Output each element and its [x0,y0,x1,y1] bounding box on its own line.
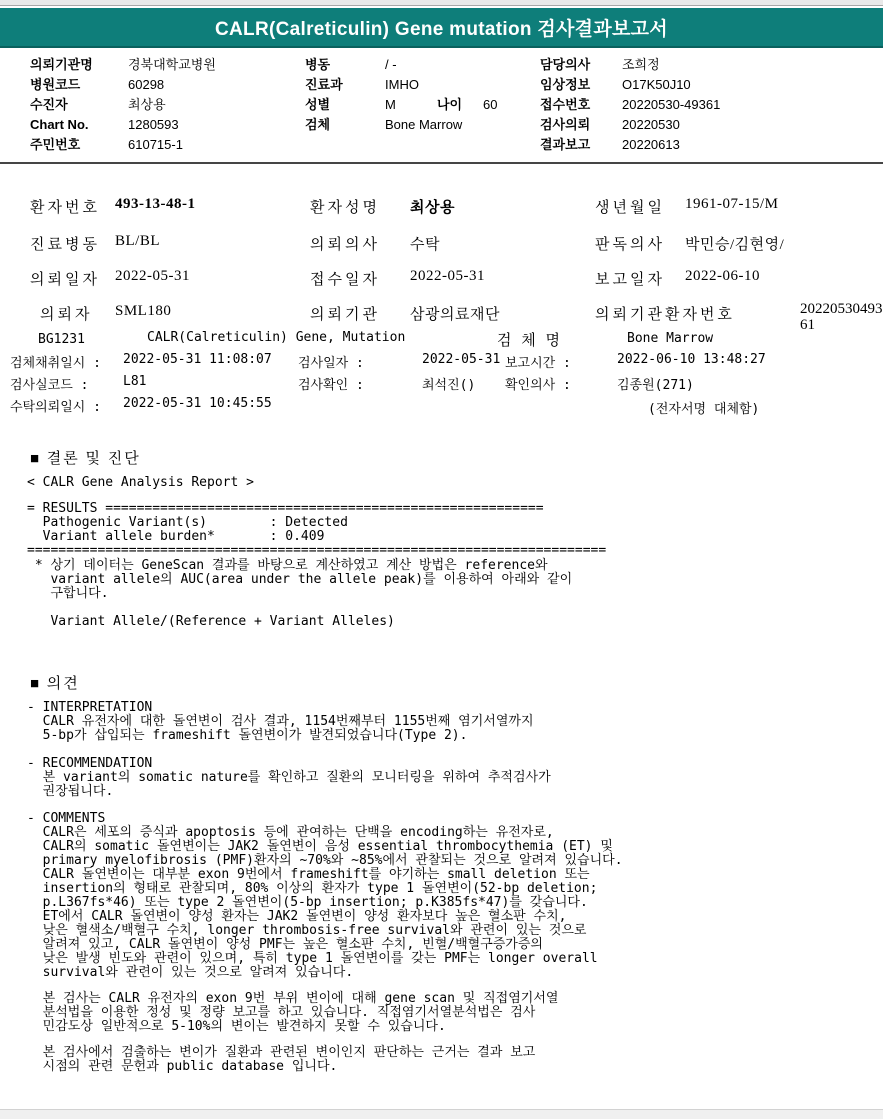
ward: BL/BL [115,233,160,250]
info-row: 병원코드60298 [30,75,216,95]
lab-code: L81 [123,374,146,389]
field-label: 확인의사 : [505,374,571,393]
field-label: 나이 [437,95,483,115]
field-label: 접수번호 [540,95,622,115]
header-info-block: 의뢰기관명경북대학교병원 병원코드60298 수진자최상용 Chart No.1… [0,55,883,157]
reading-doctor: 박민승/김현영/ [685,233,784,254]
test-meta-block: BG1231 CALR(Calreticulin) Gene, Mutation… [0,330,883,420]
field-value: 조희정 [622,57,660,72]
conclusion-section-header: ■ 결론 및 진단 [30,447,141,468]
requesting-doctor: 수탁 [410,233,440,254]
info-row: 수진자최상용 [30,95,216,115]
field-label: 의뢰기관환자번호 [595,303,735,324]
report-title: CALR(Calreticulin) Gene mutation 검사결과보고서 [215,14,668,41]
verified-by: 최석진() [422,374,475,393]
patient-row: 의뢰일자2022-05-31 접수일자2022-05-31 보고일자2022-0… [0,268,883,290]
field-label: 검사의뢰 [540,115,622,135]
info-row: 주민번호610715-1 [30,135,216,155]
field-label: 진료과 [305,75,385,95]
interpretation-block: - INTERPRETATION CALR 유전자에 대한 돌연변이 검사 결과… [0,701,534,743]
requesting-institution: 삼광의료재단 [410,303,500,324]
info-row: 진료과IMHO [305,75,497,95]
field-label: 주민번호 [30,135,128,155]
test-code: BG1231 [38,332,85,347]
patient-row: 진료병동BL/BL 의뢰의사수탁 판독의사박민승/김현영/ [0,233,883,255]
electronic-signature-note: (전자서명 대체함) [648,398,759,417]
patient-id: 493-13-48-1 [115,196,196,213]
header-info-right-column: 담당의사조희정 임상정보O17K50J10 접수번호20220530-49361… [540,55,720,155]
field-value: 최상용 [128,97,166,112]
info-row: 담당의사조희정 [540,55,720,75]
recommendation-block: - RECOMMENDATION 본 variant의 somatic natu… [0,757,551,799]
basis-note-block: 본 검사에서 검출하는 변이가 질환과 관련된 변이인지 판단하는 근거는 결과… [0,1046,535,1074]
institution-patient-number: 2022053049361 [800,301,883,333]
referral-datetime: 2022-05-31 10:45:55 [123,396,272,411]
field-value: 1280593 [128,117,179,132]
field-label: 검사일자 : [298,352,364,371]
results-block: = RESULTS ==============================… [0,502,606,558]
field-label: 검사확인 : [298,374,364,393]
field-label: 접수일자 [310,268,380,289]
section-divider-line [0,162,883,164]
field-value: 경북대학교병원 [128,57,216,72]
birth-date: 1961-07-15/M [685,196,779,213]
field-label: 의뢰일자 [30,268,100,289]
field-label: 의뢰기관명 [30,55,128,75]
request-date: 2022-05-31 [115,268,190,285]
field-value: O17K50J10 [622,77,691,92]
patient-info-block: 환자번호493-13-48-1 환자성명최상용 생년월일1961-07-15/M… [0,196,883,331]
field-value: / - [385,57,397,72]
opinion-section-header: ■ 의견 [30,672,80,693]
field-label: 의뢰의사 [310,233,380,254]
field-label: 검체 [305,115,385,135]
method-note-block: 본 검사는 CALR 유전자의 exon 9번 부위 변이에 대해 gene s… [0,992,558,1034]
field-value: IMHO [385,77,419,92]
report-datetime: 2022-06-10 13:48:27 [617,352,766,367]
report-date: 2022-06-10 [685,268,760,285]
lab-report-page: { "title_bar": { "title": "CALR(Calretic… [0,0,883,1119]
comments-block: - COMMENTS CALR은 세포의 증식과 apoptosis 등에 관여… [0,812,623,980]
field-label: 보고일자 [595,268,665,289]
calculation-note: * 상기 데이터는 GeneScan 결과를 바탕으로 계산하였고 계산 방법은… [0,559,572,629]
field-label: 병원코드 [30,75,128,95]
info-row: 접수번호20220530-49361 [540,95,720,115]
report-title-bar: CALR(Calreticulin) Gene mutation 검사결과보고서 [0,8,883,48]
info-row: 의뢰기관명경북대학교병원 [30,55,216,75]
info-row: 검체Bone Marrow [305,115,497,135]
info-row: 검사의뢰20220530 [540,115,720,135]
specimen-value: Bone Marrow [627,331,713,346]
field-label: 수탁의뢰일시 : [10,396,101,415]
field-label: 환자성명 [310,196,380,217]
analysis-report-title: < CALR Gene Analysis Report > [0,476,254,490]
field-label: 수진자 [30,95,128,115]
header-info-left-column: 의뢰기관명경북대학교병원 병원코드60298 수진자최상용 Chart No.1… [30,55,216,155]
test-name: CALR(Calreticulin) Gene, Mutation [147,330,405,345]
info-row: 결과보고20220613 [540,135,720,155]
requester-code: SML180 [115,303,171,320]
field-value: 610715-1 [128,137,183,152]
patient-row: 의뢰자SML180 의뢰기관삼광의료재단 의뢰기관환자번호20220530493… [0,303,883,325]
field-label: 의뢰자 [40,303,92,324]
field-label: 검체채취일시 : [10,352,101,371]
info-row: 성별M나이60 [305,95,497,115]
field-label: 결과보고 [540,135,622,155]
specimen-label: 검 체 명 [497,329,563,350]
field-label: 검사실코드 : [10,374,88,393]
field-label: 임상정보 [540,75,622,95]
field-label: 의뢰기관 [310,303,380,324]
field-value: 20220530-49361 [622,97,720,112]
bottom-divider-strip [0,1109,883,1119]
field-value: 60298 [128,77,164,92]
field-value: 60 [483,97,497,112]
field-label: 담당의사 [540,55,622,75]
collected-datetime: 2022-05-31 11:08:07 [123,352,272,367]
top-divider-strip [0,0,883,6]
field-label: 진료병동 [30,233,100,254]
header-info-middle-column: 병동/ - 진료과IMHO 성별M나이60 검체Bone Marrow [305,55,497,135]
field-label: 성별 [305,95,385,115]
patient-name: 최상용 [410,196,455,217]
field-label: 판독의사 [595,233,665,254]
info-row: Chart No.1280593 [30,115,216,135]
receipt-date: 2022-05-31 [410,268,485,285]
field-label: 보고시간 : [505,352,571,371]
field-value: Bone Marrow [385,117,462,132]
confirming-doctor: 김종원(271) [617,374,694,393]
field-value: 20220613 [622,137,680,152]
patient-row: 환자번호493-13-48-1 환자성명최상용 생년월일1961-07-15/M [0,196,883,218]
info-row: 병동/ - [305,55,497,75]
field-value: 20220530 [622,117,680,132]
info-row: 임상정보O17K50J10 [540,75,720,95]
field-label: 병동 [305,55,385,75]
field-label: 생년월일 [595,196,665,217]
field-value: M [385,95,437,115]
field-label: Chart No. [30,115,128,135]
test-date: 2022-05-31 [422,352,500,367]
field-label: 환자번호 [30,196,100,217]
